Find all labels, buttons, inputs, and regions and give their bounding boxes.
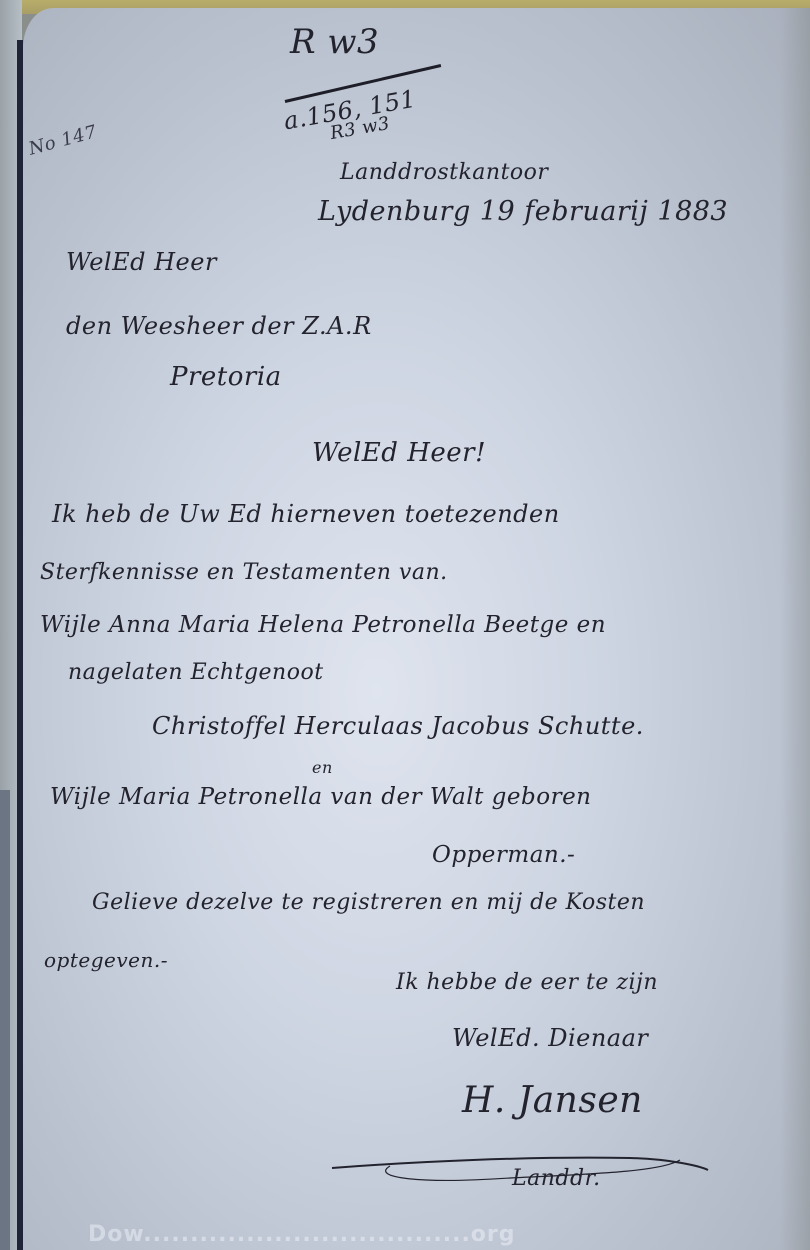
closing-line-2: WelEd. Dienaar [452, 1024, 648, 1052]
body-line: nagelaten Echtgenoot [68, 660, 324, 685]
salutation: WelEd Heer [66, 248, 217, 276]
signature-name: H. Jansen [462, 1080, 643, 1121]
signature-title: Landdr. [512, 1166, 601, 1191]
addressee-name: den Weesheer der Z.A.R [66, 312, 372, 340]
body-line: Opperman.- [432, 842, 575, 868]
body-line: optegeven.- [44, 948, 168, 972]
body-line: en [312, 758, 333, 777]
archive-reference-top: R w3 [290, 22, 379, 62]
body-line: Christoffel Herculaas Jacobus Schutte. [152, 712, 644, 740]
body-line: Wijle Anna Maria Helena Petronella Beetg… [40, 612, 606, 638]
dateline: Lydenburg 19 februarij 1883 [318, 196, 728, 227]
body-line: Sterfkennisse en Testamenten van. [40, 560, 448, 585]
adjacent-page-shadow [0, 790, 10, 1250]
body-line: Wijle Maria Petronella van der Walt gebo… [50, 784, 592, 810]
body-line: Ik heb de Uw Ed hierneven toetezenden [52, 500, 560, 528]
watermark-text: Dow...................................or… [88, 1222, 516, 1247]
closing-line-1: Ik hebbe de eer te zijn [396, 970, 658, 995]
office-heading: Landdrostkantoor [340, 160, 548, 185]
body-line: Gelieve dezelve te registreren en mij de… [92, 890, 645, 915]
greeting: WelEd Heer! [312, 438, 486, 468]
addressee-city: Pretoria [170, 362, 282, 392]
